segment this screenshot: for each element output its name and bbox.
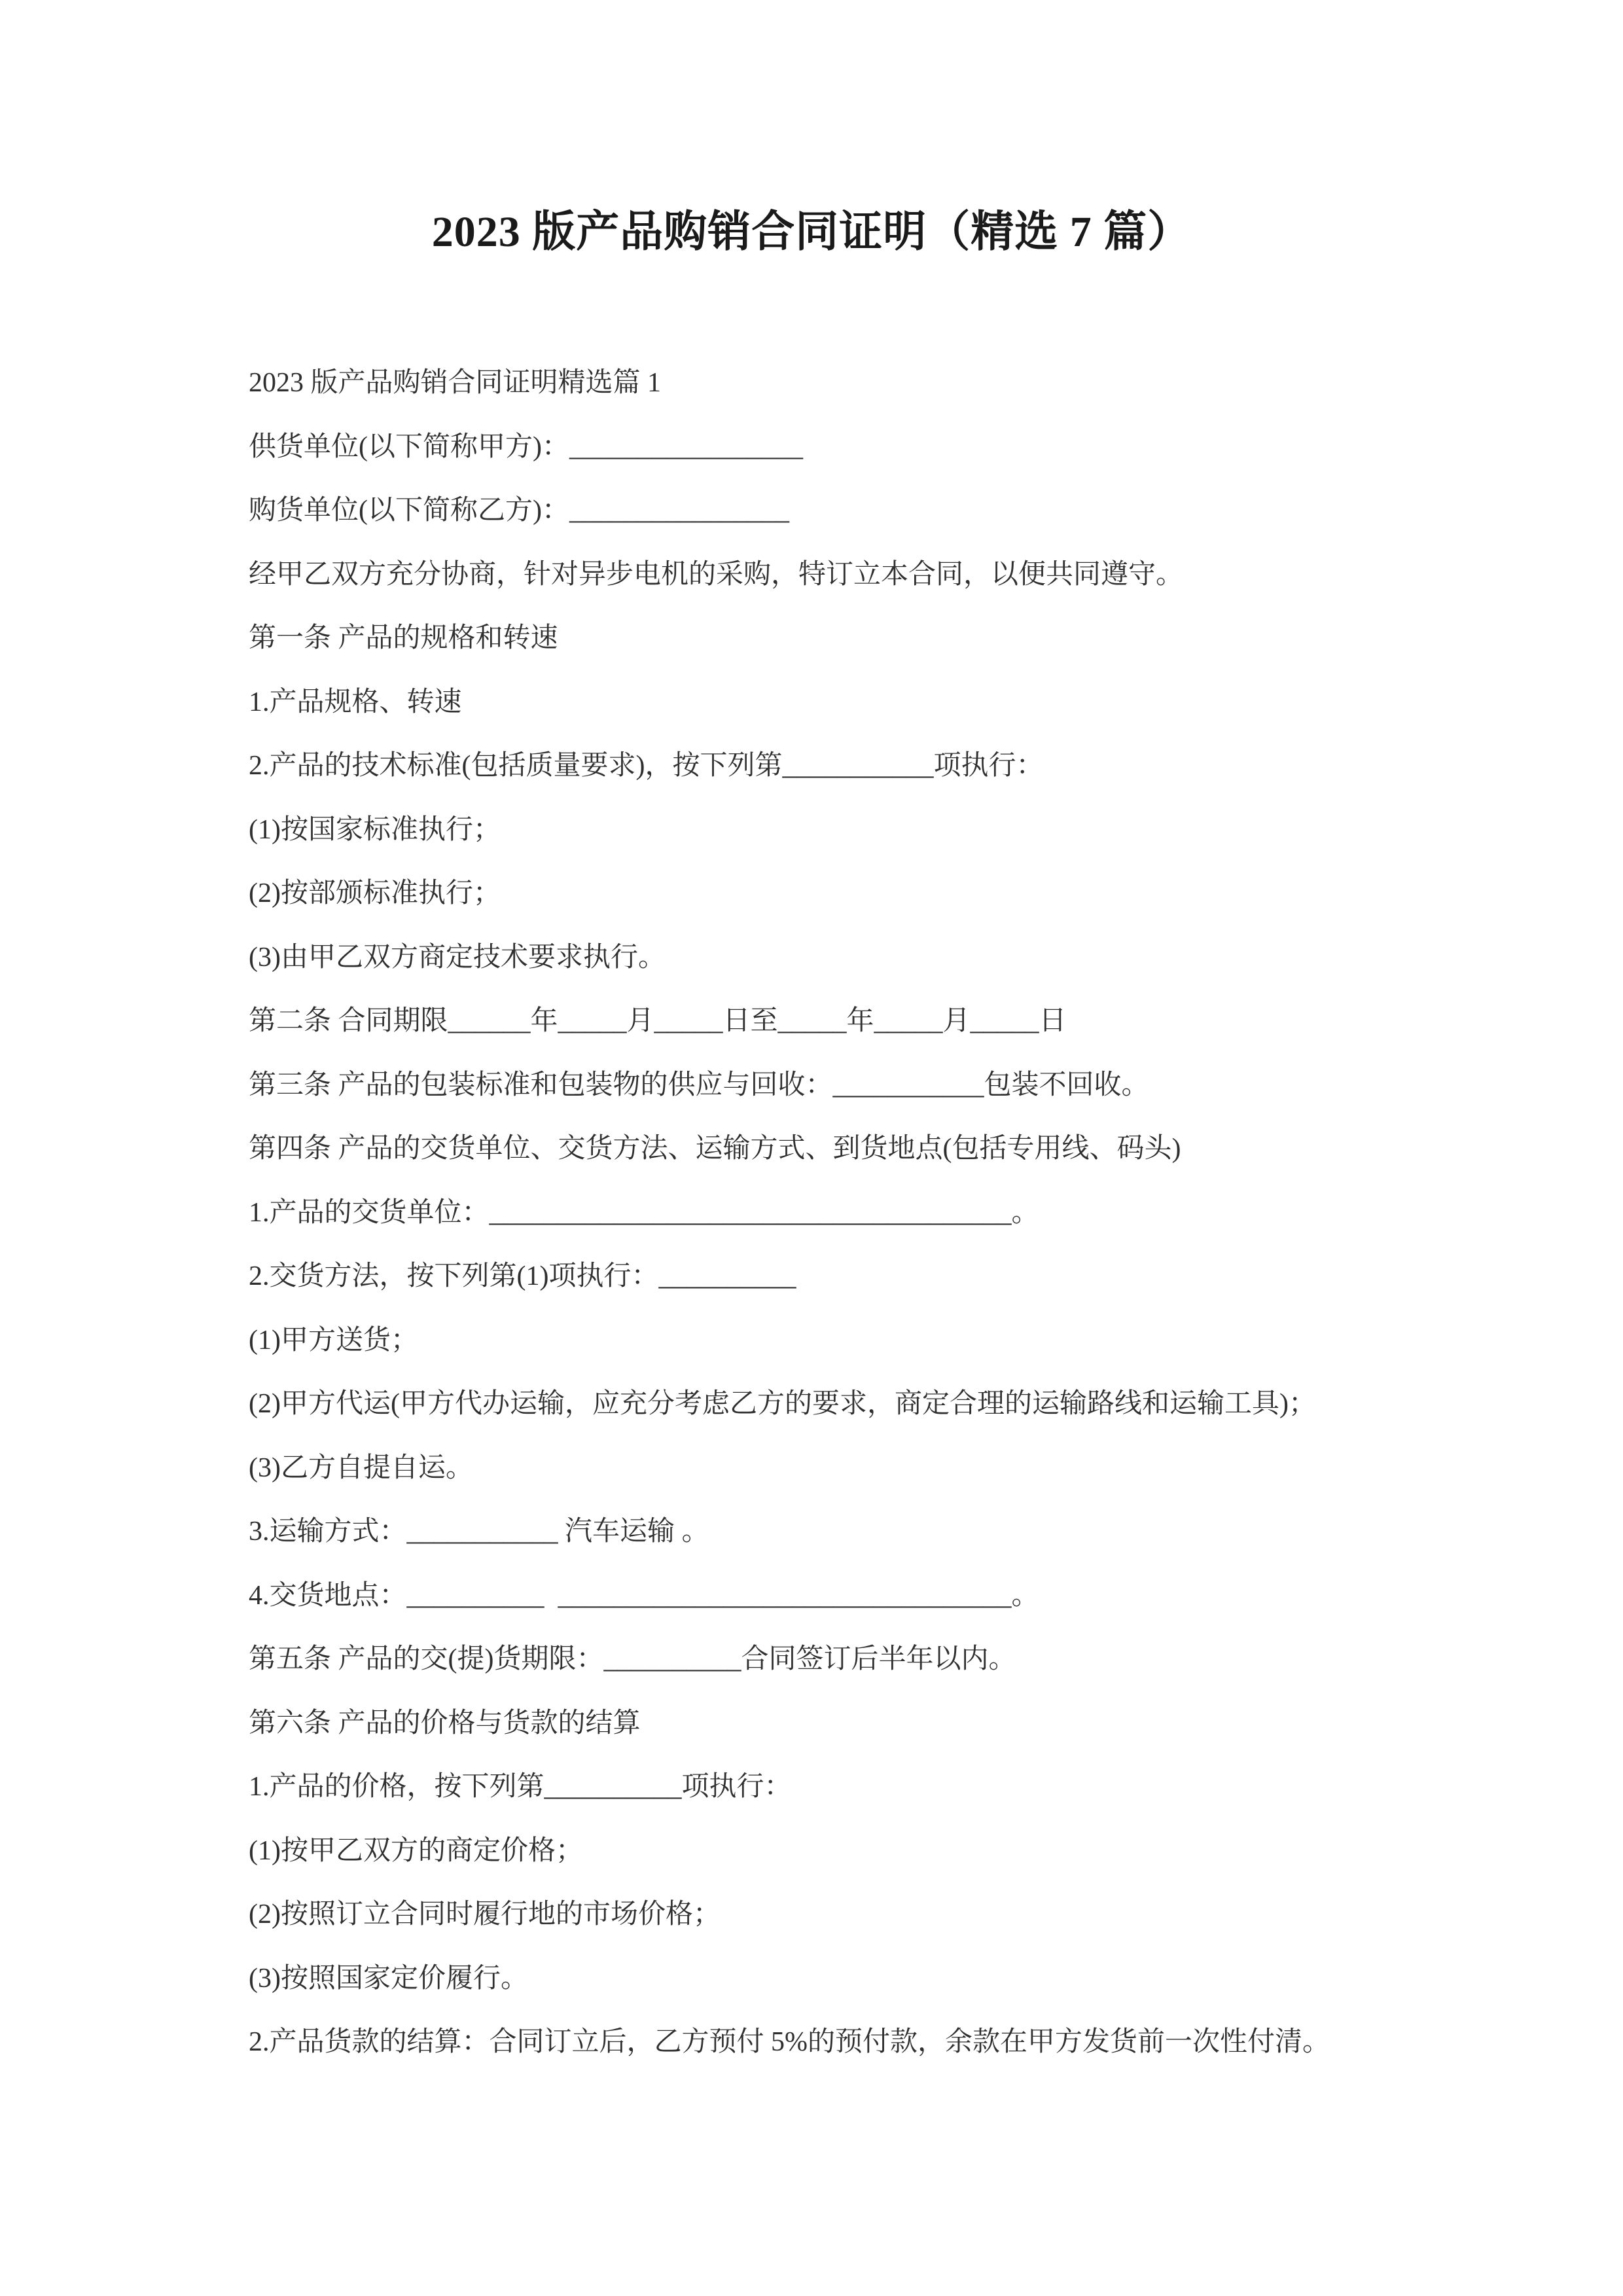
sub-item-agreed-standard: (3)由甲乙双方商定技术要求执行。 (249, 943, 1387, 973)
sub-item-party-a-delivers: (1)甲方送货； (249, 1326, 1387, 1355)
article-4-delivery: 第四条 产品的交货单位、交货方法、运输方式、到货地点(包括专用线、码头) (249, 1134, 1387, 1164)
item-delivery-method: 2.交货方法，按下列第(1)项执行：__________ (249, 1262, 1387, 1291)
article-5-delivery-deadline: 第五条 产品的交(提)货期限：__________合同签订后半年以内。 (249, 1645, 1387, 1674)
article-2-term: 第二条 合同期限______年_____月_____日至_____年_____月… (249, 1007, 1387, 1036)
item-delivery-unit: 1.产品的交货单位：______________________________… (249, 1198, 1387, 1228)
sub-item-market-price: (2)按照订立合同时履行地的市场价格； (249, 1900, 1387, 1929)
item-payment-settlement: 2.产品货款的结算：合同订立后，乙方预付 5%的预付款，余款在甲方发货前一次性付… (249, 2028, 1387, 2057)
sub-item-negotiated-price: (1)按甲乙双方的商定价格； (249, 1837, 1387, 1866)
document-body: 2023 版产品购销合同证明精选篇 1 供货单位(以下简称甲方)：_______… (249, 368, 1387, 2057)
item-tech-standard: 2.产品的技术标准(包括质量要求)，按下列第___________项执行： (249, 751, 1387, 781)
sub-item-ministry-standard: (2)按部颁标准执行； (249, 879, 1387, 908)
document-page: 2023 版产品购销合同证明（精选 7 篇） 2023 版产品购销合同证明精选篇… (0, 0, 1623, 2296)
subtitle-selection-1: 2023 版产品购销合同证明精选篇 1 (249, 368, 1387, 398)
purchaser-line: 购货单位(以下简称乙方)：________________ (249, 496, 1387, 526)
supplier-line: 供货单位(以下简称甲方)：_________________ (249, 433, 1387, 462)
sub-item-party-b-pickup: (3)乙方自提自运。 (249, 1454, 1387, 1483)
item-spec-speed: 1.产品规格、转速 (249, 688, 1387, 717)
article-3-packaging: 第三条 产品的包装标准和包装物的供应与回收：___________包装不回收。 (249, 1071, 1387, 1100)
sub-item-party-a-arranges: (2)甲方代运(甲方代办运输，应充分考虑乙方的要求，商定合理的运输路线和运输工具… (249, 1390, 1387, 1419)
item-product-price: 1.产品的价格，按下列第__________项执行： (249, 1772, 1387, 1802)
sub-item-national-standard: (1)按国家标准执行； (249, 816, 1387, 845)
item-delivery-place: 4.交货地点：__________ ______________________… (249, 1581, 1387, 1611)
article-1-heading: 第一条 产品的规格和转速 (249, 624, 1387, 653)
item-transport-mode: 3.运输方式：___________ 汽车运输 。 (249, 1517, 1387, 1547)
article-6-price-settlement: 第六条 产品的价格与货款的结算 (249, 1709, 1387, 1738)
document-title: 2023 版产品购销合同证明（精选 7 篇） (0, 0, 1623, 259)
preamble-line: 经甲乙双方充分协商，针对异步电机的采购，特订立本合同，以便共同遵守。 (249, 560, 1387, 590)
sub-item-state-price: (3)按照国家定价履行。 (249, 1964, 1387, 1994)
